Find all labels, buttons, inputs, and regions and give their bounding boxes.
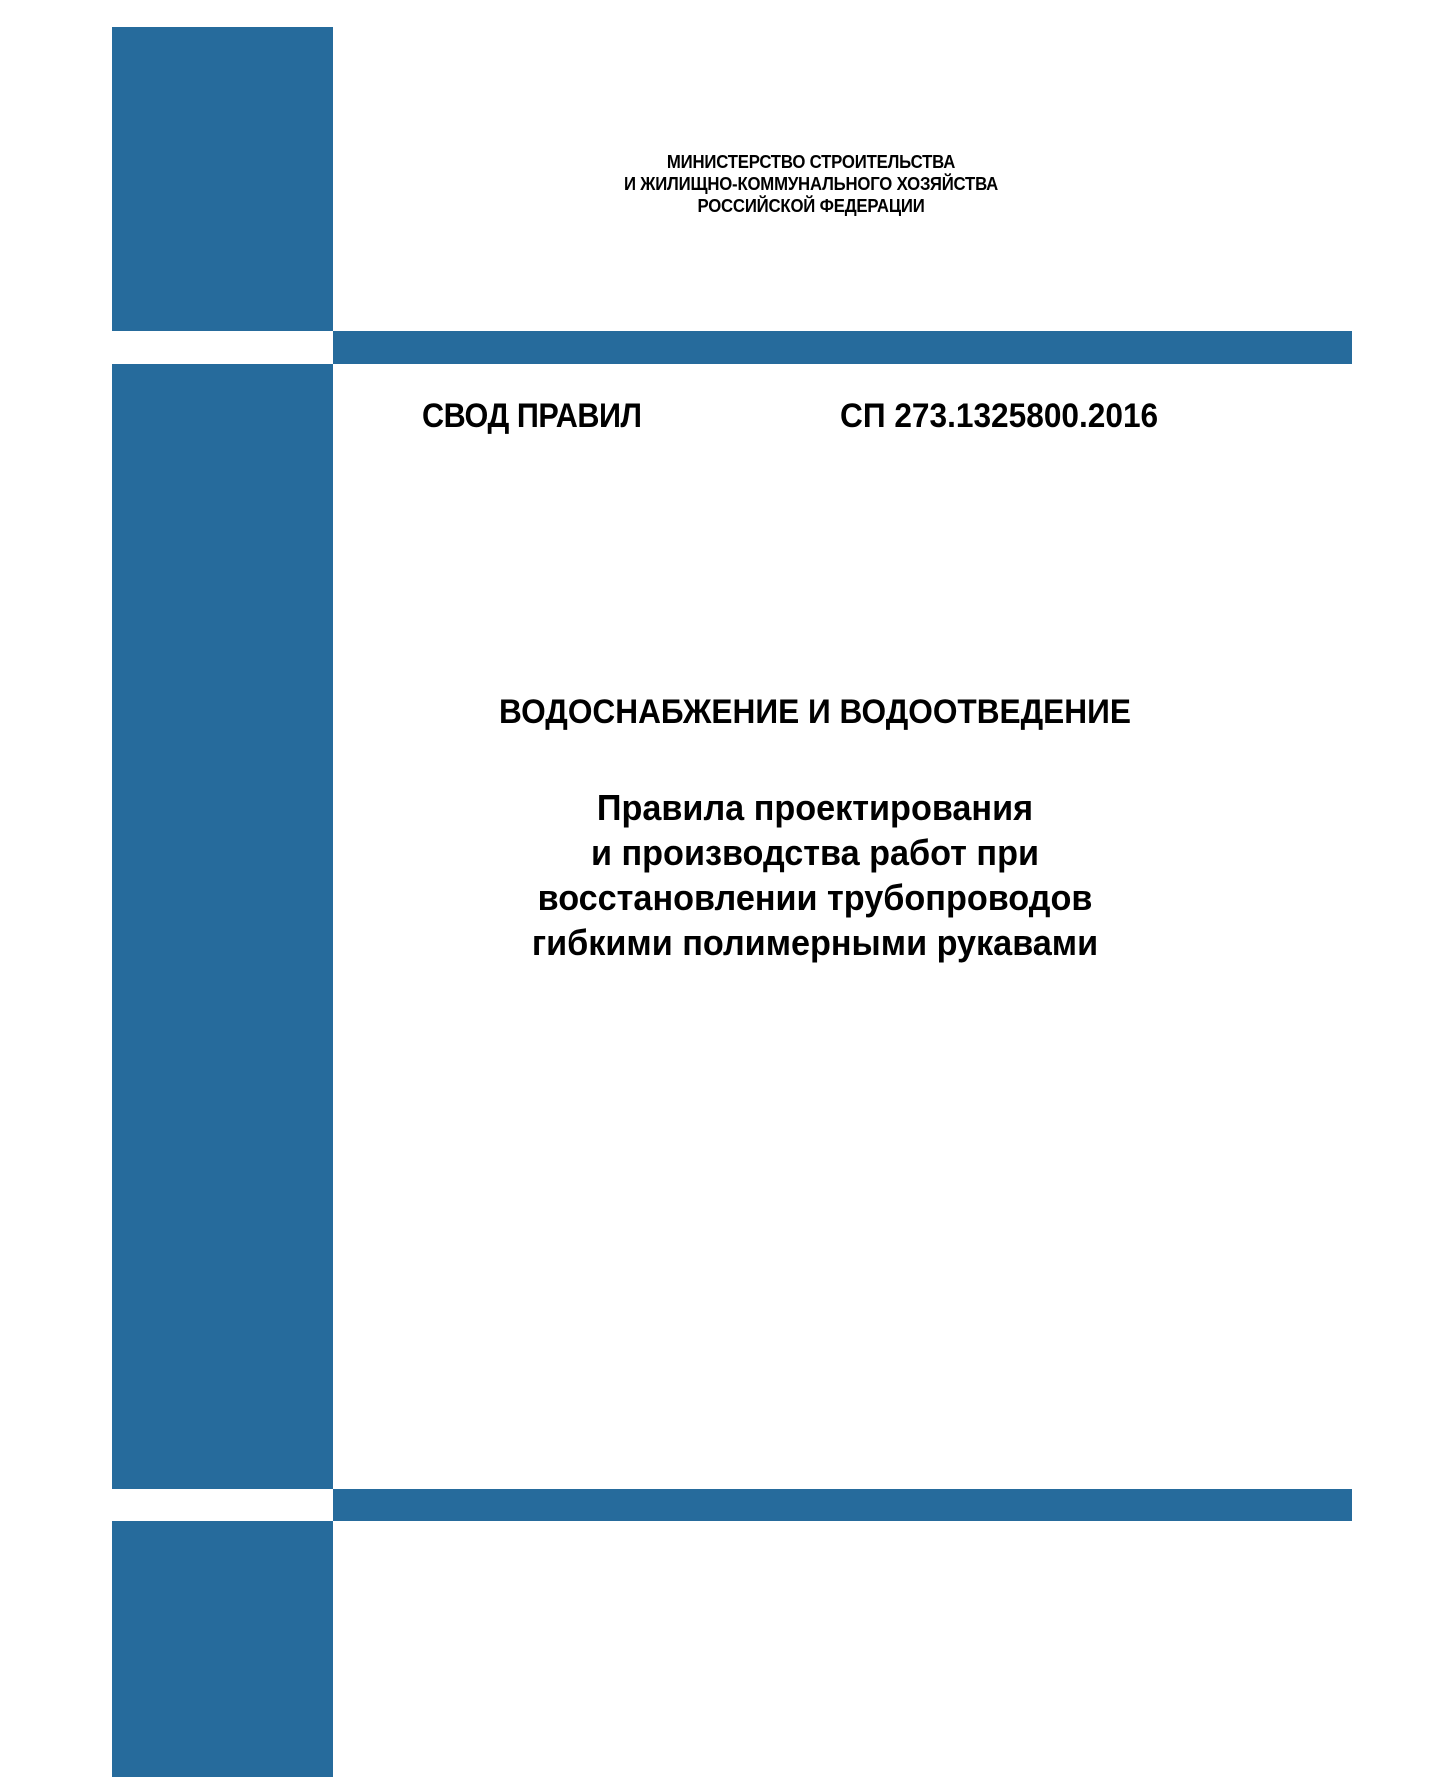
cover-column-bottom — [112, 1521, 333, 1777]
subtitle-line: восстановлении трубопроводов — [530, 875, 1100, 920]
document-title: ВОДОСНАБЖЕНИЕ И ВОДООТВЕДЕНИЕ — [443, 692, 1187, 732]
ministry-header: МИНИСТЕРСТВО СТРОИТЕЛЬСТВА И ЖИЛИЩНО-КОМ… — [532, 151, 1090, 217]
document-type-label: СВОД ПРАВИЛ — [422, 396, 642, 436]
ministry-line: И ЖИЛИЩНО-КОММУНАЛЬНОГО ХОЗЯЙСТВА — [532, 173, 1090, 195]
cover-column-middle — [112, 364, 333, 1489]
cover-stripe-top — [333, 331, 1352, 364]
subtitle-line: гибкими полимерными рукавами — [530, 920, 1100, 965]
ministry-line: РОССИЙСКОЙ ФЕДЕРАЦИИ — [532, 195, 1090, 217]
subtitle-line: и производства работ при — [530, 830, 1100, 875]
ministry-line: МИНИСТЕРСТВО СТРОИТЕЛЬСТВА — [532, 151, 1090, 173]
document-code: СП 273.1325800.2016 — [840, 396, 1158, 436]
cover-column-top — [112, 27, 333, 331]
cover-stripe-bottom — [333, 1489, 1352, 1521]
subtitle-line: Правила проектирования — [530, 785, 1100, 830]
document-subtitle: Правила проектирования и производства ра… — [515, 785, 1115, 965]
